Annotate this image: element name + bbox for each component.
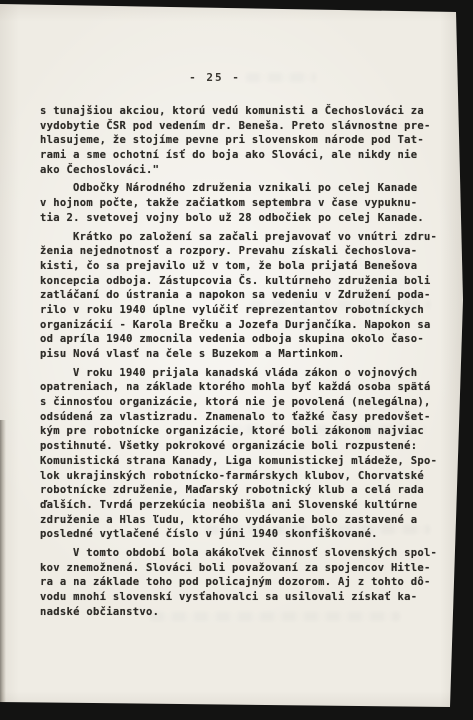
ink-bleed-smudge	[225, 425, 425, 434]
paragraph: Odbočky Národného združenia vznikali po …	[40, 181, 442, 225]
text-line: v hojnom počte, takže začiatkom septembr…	[40, 196, 442, 211]
ink-bleed-smudge	[246, 73, 316, 82]
ink-bleed-smudge	[150, 612, 400, 621]
text-line: kisti, čo sa prejavilo už v tom, že bola…	[40, 259, 442, 274]
text-line: postihnuté. Všetky pokrokové organizácie…	[40, 439, 442, 454]
text-line: lok ukrajinských robotnícko-farmárskych …	[40, 469, 442, 484]
text-line: pisu Nová vlasť na čele s Buzekom a Mart…	[40, 347, 442, 362]
page-gutter-shadow	[0, 420, 6, 704]
text-line: kov znemožnená. Slováci boli považovaní …	[40, 561, 442, 576]
paragraph: s tunajšiou akciou, ktorú vedú komunisti…	[40, 104, 442, 177]
text-line: vydobytie ČSR pod vedením dr. Beneša. Pr…	[40, 119, 442, 134]
text-line: Krátko po založení sa začali prejavovať …	[40, 230, 442, 245]
text-line: opatreniach, na základe ktorého mohla by…	[40, 380, 442, 395]
text-line: ďalších. Tvrdá perzekúcia neobišla ani S…	[40, 498, 442, 513]
book-page: - 25 - s tunajšiou akciou, ktorú vedú ko…	[0, 0, 473, 720]
text-line: robotnícke združenie, Maďarský robotnick…	[40, 483, 442, 498]
text-line: od apríla 1940 zmocnila vedenia odboja s…	[40, 332, 442, 347]
text-line: ako Čechoslováci."	[40, 163, 442, 178]
text-line: koncepcia odboja. Zástupcovia Čs. kultúr…	[40, 274, 442, 289]
ink-bleed-smudge	[205, 525, 430, 534]
page-number: - 25 -	[189, 71, 241, 84]
text-line: tia 2. svetovej vojny bolo už 28 odbočie…	[40, 211, 442, 226]
paragraph: Krátko po založení sa začali prejavovať …	[40, 230, 442, 362]
paragraph: V roku 1940 prijala kanadská vláda zákon…	[40, 366, 442, 542]
text-line: Komunistická strana Kanady, Liga komunis…	[40, 454, 442, 469]
text-line: V roku 1940 prijala kanadská vláda zákon…	[40, 366, 442, 381]
text-line: odsúdená za vlastizradu. Znamenalo to ťa…	[40, 410, 442, 425]
photo-background: { "photo": { "background_color": "#13131…	[0, 0, 473, 720]
typewritten-text-block: s tunajšiou akciou, ktorú vedú komunisti…	[40, 104, 442, 619]
text-line: organizácií - Karola Brečku a Jozefa Dur…	[40, 318, 442, 333]
text-line: V tomto období bola akákoľvek činnosť sl…	[40, 546, 442, 561]
text-line: s činnosťou organizácie, ktorá nie je po…	[40, 395, 442, 410]
text-line: rami a sme ochotní ísť do boja ako Slová…	[40, 148, 442, 163]
text-line: ra a na základe toho pod policajným dozo…	[40, 575, 442, 590]
text-line: Odbočky Národného združenia vznikali po …	[40, 181, 442, 196]
text-line: vodu mnohí slovenskí vysťahovalci sa usi…	[40, 590, 442, 605]
text-line: s tunajšiou akciou, ktorú vedú komunisti…	[40, 104, 442, 119]
paragraph: V tomto období bola akákoľvek činnosť sl…	[40, 546, 442, 619]
text-line: hlasujeme, že stojíme pevne pri slovensk…	[40, 133, 442, 148]
text-line: ženia nejednotnosť a rozpory. Prevahu zí…	[40, 244, 442, 259]
ink-bleed-smudge	[250, 300, 430, 309]
